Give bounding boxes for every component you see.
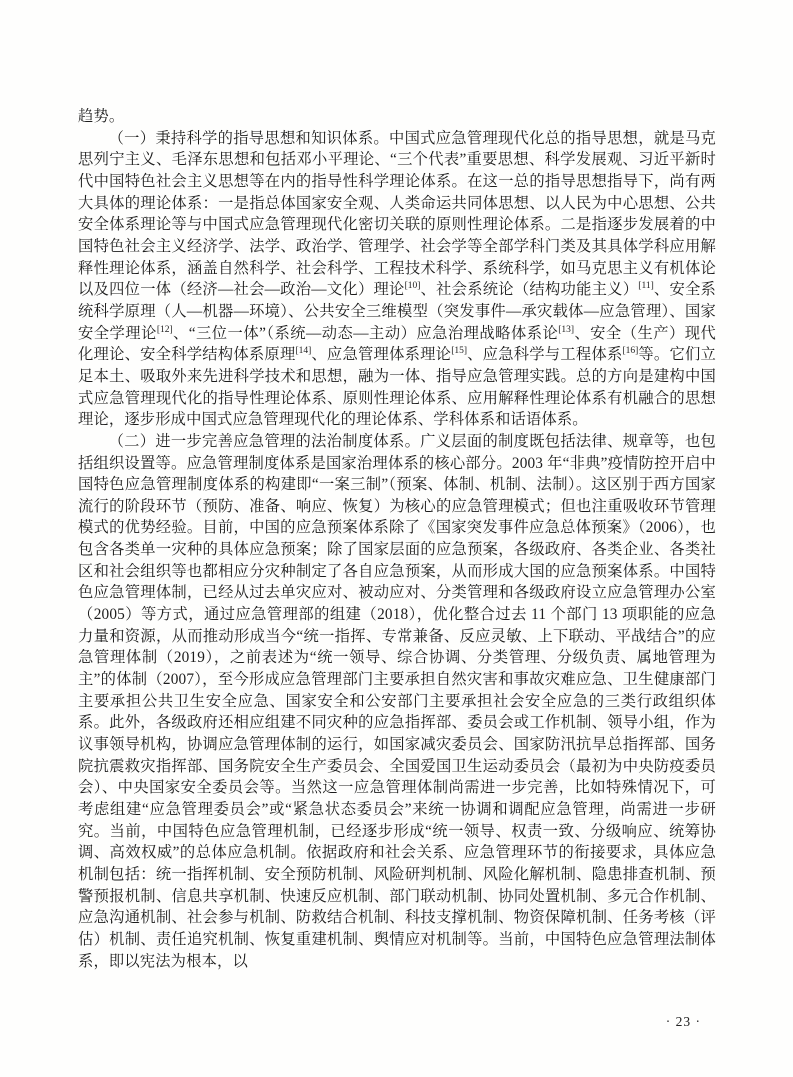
page-number: · 23 · xyxy=(666,1014,701,1030)
paragraph: 趋势。 xyxy=(78,106,716,128)
footnote-ref: [13] xyxy=(558,324,574,334)
footnote-ref: [16] xyxy=(622,346,638,356)
footnote-ref: [12] xyxy=(157,324,173,334)
footnote-ref: [14] xyxy=(295,346,311,356)
paragraph: （二）进一步完善应急管理的法治制度体系。广义层面的制度既包括法律、规章等，也包括… xyxy=(78,431,716,972)
footnote-ref: [11] xyxy=(638,281,653,291)
paragraph: （一）秉持科学的指导思想和知识体系。中国式应急管理现代化总的指导思想，就是马克思… xyxy=(78,128,716,431)
footnote-ref: [15] xyxy=(451,346,467,356)
document-body: 趋势。（一）秉持科学的指导思想和知识体系。中国式应急管理现代化总的指导思想，就是… xyxy=(78,106,716,1017)
footnote-ref: [10] xyxy=(405,281,421,291)
document-page: 趋势。（一）秉持科学的指导思想和知识体系。中国式应急管理现代化总的指导思想，就是… xyxy=(0,0,793,1077)
